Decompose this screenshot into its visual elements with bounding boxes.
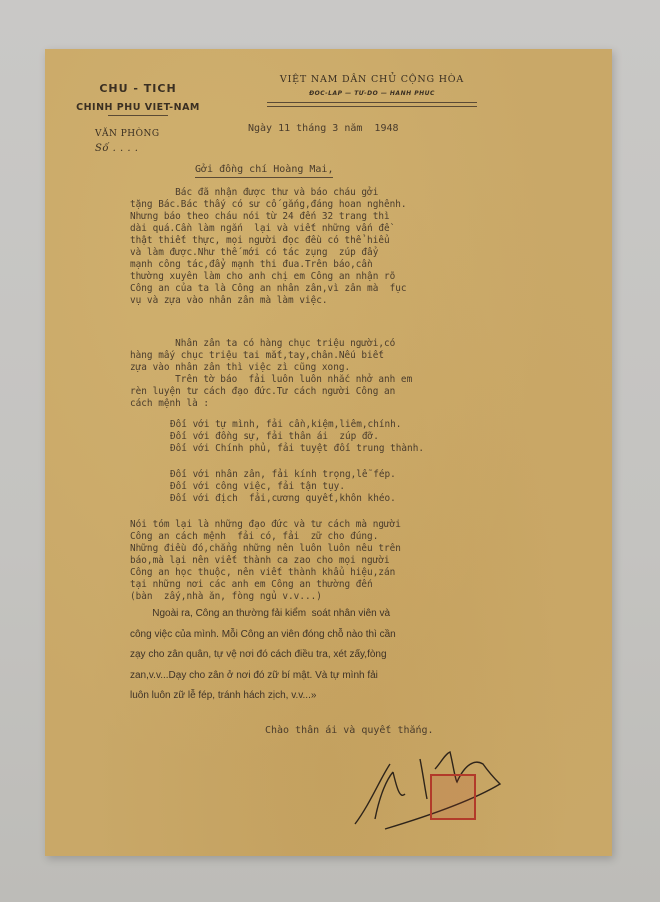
letterhead-right: VIỆT NAM DÂN CHỦ CỘNG HÒA ĐOC-LAP — TƯ-D… xyxy=(267,74,477,107)
government-title: CHINH PHU VIET-NAM xyxy=(73,102,203,113)
red-seal-stamp xyxy=(430,774,476,820)
double-rule-divider xyxy=(267,102,477,107)
president-title: CHU - TICH xyxy=(73,82,203,95)
reference-number: Số . . . . xyxy=(95,143,160,154)
duties-list-1: Đối với tự mình, fải cần,kiệm,liêm,chính… xyxy=(170,419,424,455)
paragraph-1: Bác đã nhận được thư và báo cháu gởi tặn… xyxy=(130,187,407,307)
paragraph-2: Nhân zân ta có hàng chục triệu người,có … xyxy=(130,338,412,410)
signature-block xyxy=(345,744,515,834)
office-label: VĂN PHÒNG xyxy=(95,129,160,139)
duties-list-2: Đối với nhân zân, fải kính trọng,lễ fép.… xyxy=(170,469,396,505)
salutation: Gởi đồng chí Hoàng Mai, xyxy=(195,164,333,178)
closing-line: Chào thân ái và quyết thắng. xyxy=(265,725,434,737)
letter-paper: CHU - TICH CHINH PHU VIET-NAM VĂN PHÒNG … xyxy=(45,49,612,856)
letterhead-left: CHU - TICH CHINH PHU VIET-NAM xyxy=(73,82,203,116)
republic-motto: ĐOC-LAP — TƯ-DO — HANH PHUC xyxy=(267,90,477,97)
paragraph-3: Nói tóm lại là những đạo đức và tư cách … xyxy=(130,519,401,603)
office-block: VĂN PHÒNG Số . . . . xyxy=(95,129,160,154)
republic-name: VIỆT NAM DÂN CHỦ CỘNG HÒA xyxy=(267,74,477,85)
paragraph-4-handwritten-addition: Ngoài ra, Công an thường fải kiểm soát n… xyxy=(130,604,396,707)
letterhead-underline xyxy=(108,115,168,116)
letter-date: Ngày 11 tháng 3 năm 1948 xyxy=(248,123,399,135)
